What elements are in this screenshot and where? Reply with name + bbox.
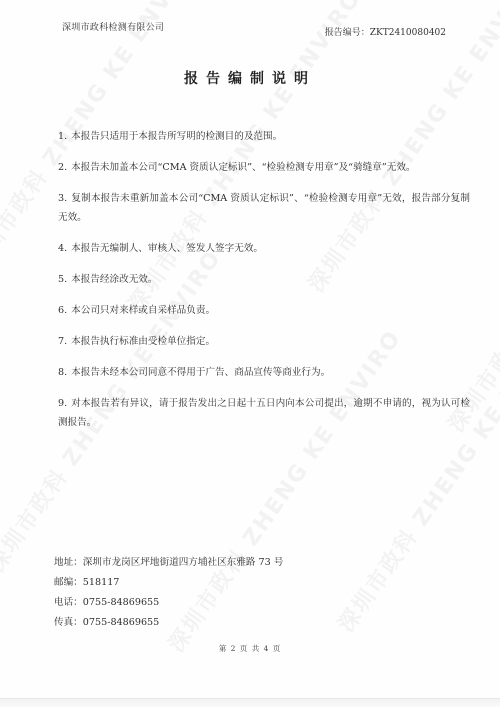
- clause-item: 7.本报告执行标准由受检单位指定。: [58, 332, 470, 351]
- clause-text: 本报告经涂改无效。: [71, 274, 157, 285]
- clause-text: 本公司只对来样或自采样品负责。: [71, 305, 215, 316]
- fax-label: 传真：: [54, 617, 83, 628]
- header-report-number: 报告编号：ZKT2410080402: [325, 25, 446, 38]
- document-page: 深圳市政科 ZHENG KE ENVIRO 深圳市政科 ZHENG KE ENV…: [0, 0, 500, 707]
- header-company-name: 深圳市政科检测有限公司: [62, 20, 164, 33]
- address-row: 地址：深圳市龙岗区坪地街道四方埔社区东雅路 73 号: [54, 553, 283, 573]
- clause-number: 4.: [58, 243, 67, 254]
- clause-item: 9.对本报告若有异议，请于报告发出之日起十五日内向本公司提出，逾期不申请的，视为…: [58, 394, 470, 432]
- clause-text: 对本报告若有异议，请于报告发出之日起十五日内向本公司提出，逾期不申请的，视为认可…: [58, 398, 470, 428]
- clause-number: 8.: [58, 367, 67, 378]
- clause-number: 2.: [58, 162, 67, 173]
- address-label: 地址：: [54, 557, 83, 568]
- page-title: 报告编制说明: [0, 68, 500, 88]
- clause-item: 3.复制本报告未重新加盖本公司“CMA 资质认定标识”、“检验检测专用章”无效，…: [58, 189, 470, 227]
- clause-item: 2.本报告未加盖本公司“CMA 资质认定标识”、“检验检测专用章”及“骑缝章”无…: [58, 158, 470, 177]
- phone-row: 电话：0755-84869655: [54, 593, 283, 613]
- contact-info: 地址：深圳市龙岗区坪地街道四方埔社区东雅路 73 号 邮编：518117 电话：…: [54, 553, 283, 633]
- clause-number: 6.: [58, 305, 67, 316]
- clause-text: 本报告只适用于本报告所写明的检测目的及范围。: [71, 131, 282, 142]
- clause-text: 本报告未加盖本公司“CMA 资质认定标识”、“检验检测专用章”及“骑缝章”无效。: [71, 162, 415, 173]
- clause-number: 3.: [58, 193, 67, 204]
- clause-item: 6.本公司只对来样或自采样品负责。: [58, 301, 470, 320]
- clause-text: 本报告无编制人、审核人、签发人签字无效。: [71, 243, 263, 254]
- page-bottom-edge: [0, 698, 500, 707]
- clause-text: 本报告执行标准由受检单位指定。: [71, 336, 215, 347]
- phone-value: 0755-84869655: [83, 597, 160, 608]
- phone-label: 电话：: [54, 597, 83, 608]
- clause-number: 1.: [58, 131, 67, 142]
- fax-row: 传真：0755-84869655: [54, 613, 283, 633]
- clause-number: 5.: [58, 274, 67, 285]
- clause-item: 4.本报告无编制人、审核人、签发人签字无效。: [58, 239, 470, 258]
- postcode-value: 518117: [83, 577, 120, 588]
- fax-value: 0755-84869655: [83, 617, 160, 628]
- clause-text: 复制本报告未重新加盖本公司“CMA 资质认定标识”、“检验检测专用章”无效，报告…: [58, 193, 470, 223]
- clause-list: 1.本报告只适用于本报告所写明的检测目的及范围。 2.本报告未加盖本公司“CMA…: [58, 127, 470, 444]
- clause-number: 7.: [58, 336, 67, 347]
- clause-item: 1.本报告只适用于本报告所写明的检测目的及范围。: [58, 127, 470, 146]
- clause-number: 9.: [58, 398, 67, 409]
- page-number: 第 2 页 共 4 页: [0, 643, 500, 654]
- postcode-label: 邮编：: [54, 577, 83, 588]
- clause-item: 5.本报告经涂改无效。: [58, 270, 470, 289]
- report-number-label: 报告编号：: [325, 28, 370, 38]
- clause-item: 8.本报告未经本公司同意不得用于广告、商品宣传等商业行为。: [58, 363, 470, 382]
- address-value: 深圳市龙岗区坪地街道四方埔社区东雅路 73 号: [83, 557, 284, 568]
- postcode-row: 邮编：518117: [54, 573, 283, 593]
- report-number-value: ZKT2410080402: [370, 28, 446, 38]
- clause-text: 本报告未经本公司同意不得用于广告、商品宣传等商业行为。: [71, 367, 330, 378]
